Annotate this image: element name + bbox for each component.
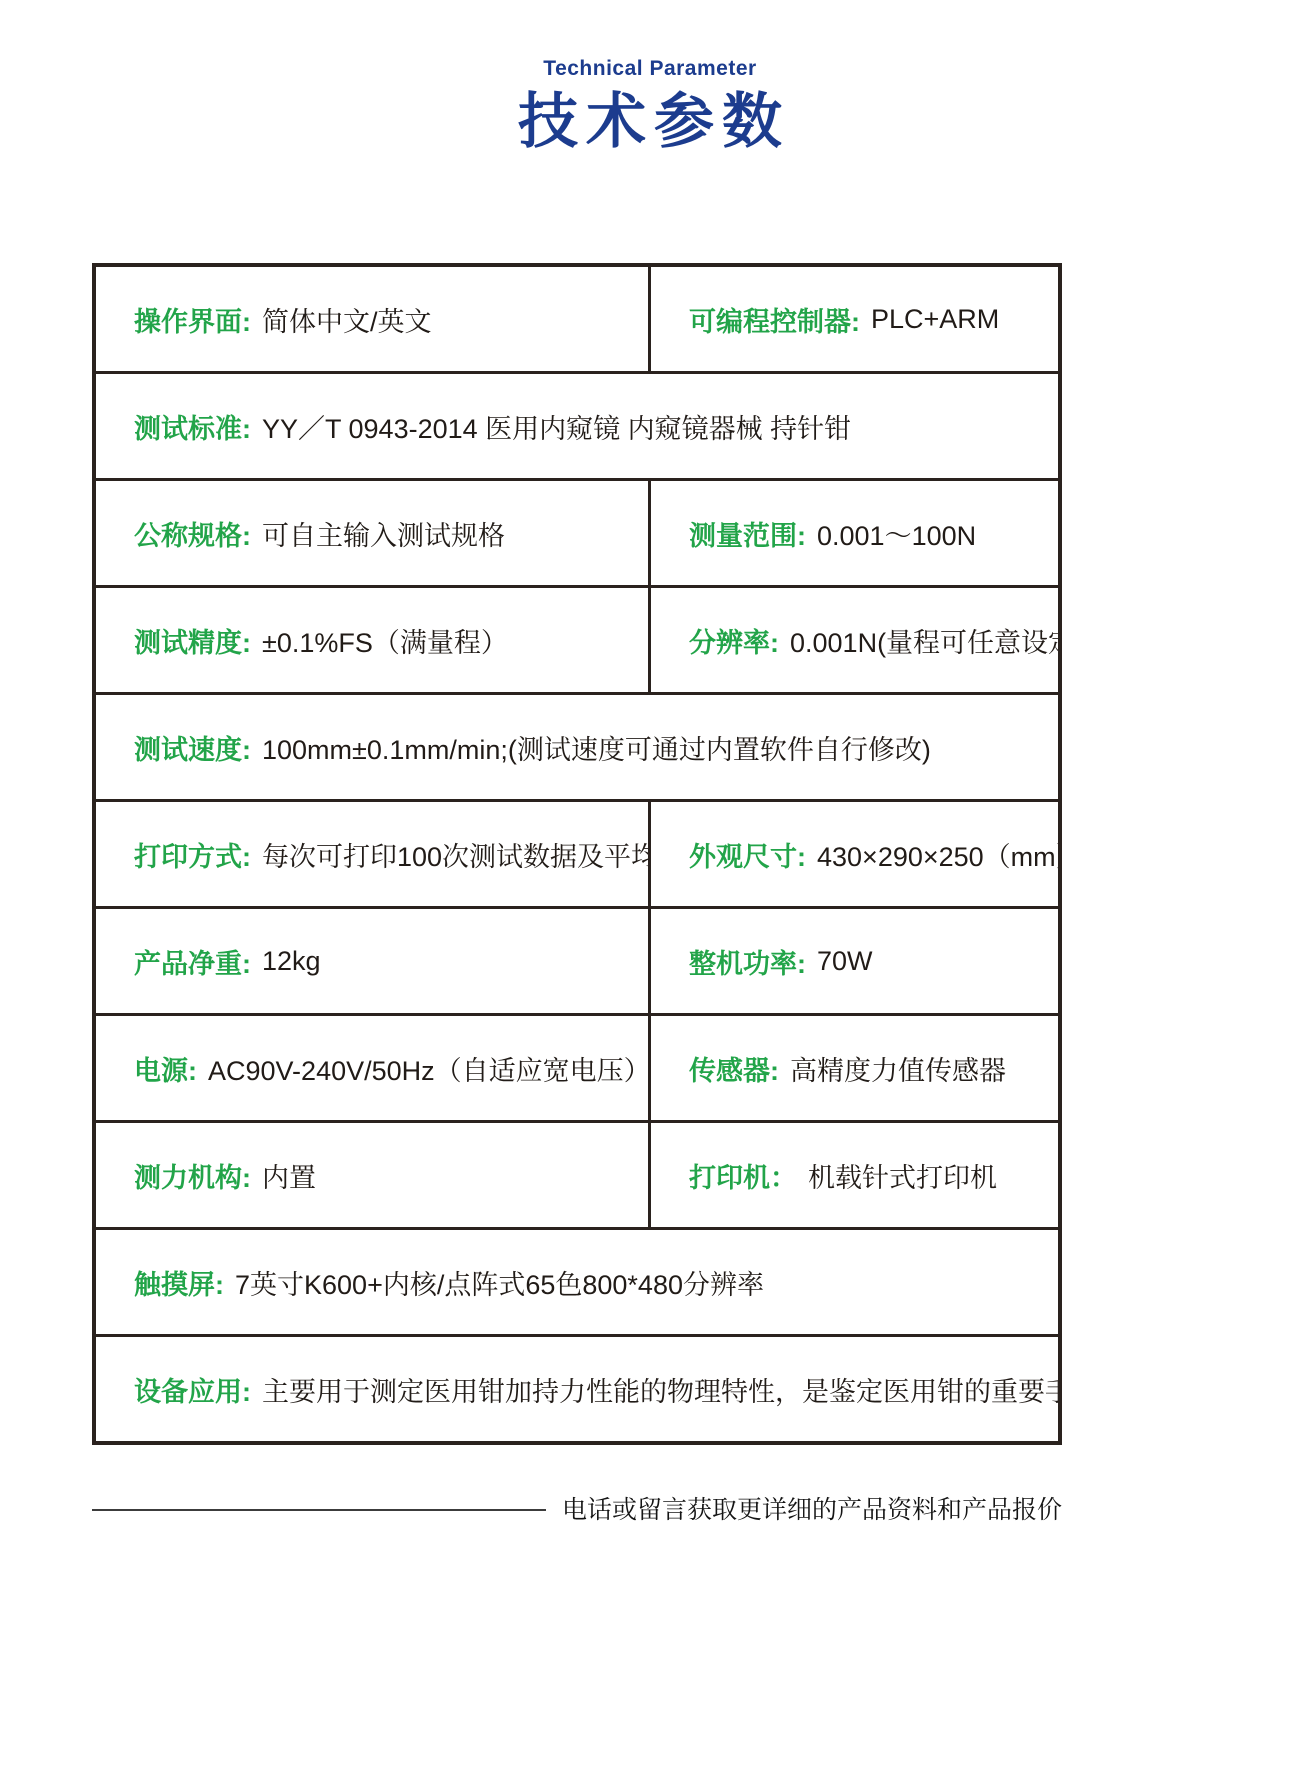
param-value: 0.001～100N <box>817 514 976 553</box>
param-label: 触摸屏: <box>134 1263 224 1302</box>
param-label: 公称规格: <box>134 514 251 553</box>
table-row: 测试速度:100mm±0.1mm/min;(测试速度可通过内置软件自行修改) <box>96 692 1058 799</box>
param-label: 设备应用: <box>134 1370 251 1409</box>
table-cell: 公称规格:可自主输入测试规格 <box>96 481 651 585</box>
param-value: 12kg <box>262 946 321 977</box>
param-label: 产品净重: <box>134 942 251 981</box>
param-label: 传感器: <box>689 1049 779 1088</box>
param-value: 0.001N(量程可任意设定) <box>790 621 1058 660</box>
table-cell: 产品净重:12kg <box>96 909 651 1013</box>
param-value: 430×290×250（mm） <box>817 835 1058 874</box>
param-label: 外观尺寸: <box>689 835 806 874</box>
page-title: 技术参数 <box>0 89 1300 155</box>
param-value: 7英寸K600+内核/点阵式65色800*480分辨率 <box>235 1263 764 1302</box>
page-header: Technical Parameter 技术参数 <box>0 56 1300 155</box>
param-label: 电源: <box>134 1049 197 1088</box>
param-value: ±0.1%FS（满量程） <box>262 621 508 660</box>
table-cell: 测量范围:0.001～100N <box>651 481 1058 585</box>
contact-note: 电话或留言获取更详细的产品资料和产品报价 <box>562 1494 1062 1527</box>
table-cell: 电源:AC90V-240V/50Hz（自适应宽电压） <box>96 1016 651 1120</box>
param-value: 高精度力值传感器 <box>790 1049 1006 1088</box>
table-row: 测试精度:±0.1%FS（满量程）分辨率:0.001N(量程可任意设定) <box>96 585 1058 692</box>
param-value: 主要用于测定医用钳加持力性能的物理特性，是鉴定医用钳的重要手段之一。 <box>262 1370 1058 1409</box>
table-row: 测试标准:YY／T 0943-2014 医用内窥镜 内窥镜器械 持针钳 <box>96 371 1058 478</box>
param-label: 可编程控制器: <box>689 300 860 339</box>
param-value: 70W <box>817 946 873 977</box>
param-label: 测试速度: <box>134 728 251 767</box>
table-cell: 可编程控制器:PLC+ARM <box>651 267 1058 371</box>
table-row: 测力机构:内置打印机：机载针式打印机 <box>96 1120 1058 1227</box>
parameters-table: 操作界面:简体中文/英文可编程控制器:PLC+ARM测试标准:YY／T 0943… <box>92 263 1062 1445</box>
table-cell: 设备应用:主要用于测定医用钳加持力性能的物理特性，是鉴定医用钳的重要手段之一。 <box>96 1337 1058 1441</box>
table-row: 打印方式:每次可打印100次测试数据及平均值。外观尺寸:430×290×250（… <box>96 799 1058 906</box>
table-row: 电源:AC90V-240V/50Hz（自适应宽电压）传感器:高精度力值传感器 <box>96 1013 1058 1120</box>
table-cell: 测试精度:±0.1%FS（满量程） <box>96 588 651 692</box>
divider-line <box>92 1509 546 1511</box>
param-label: 打印机： <box>689 1156 797 1195</box>
table-cell: 分辨率:0.001N(量程可任意设定) <box>651 588 1058 692</box>
page-footer: 电话或留言获取更详细的产品资料和产品报价 <box>92 1494 1062 1527</box>
param-label: 测量范围: <box>689 514 806 553</box>
table-cell: 测试标准:YY／T 0943-2014 医用内窥镜 内窥镜器械 持针钳 <box>96 374 1058 478</box>
spec-sheet-page: Technical Parameter 技术参数 操作界面:简体中文/英文可编程… <box>0 0 1300 1790</box>
table-row: 操作界面:简体中文/英文可编程控制器:PLC+ARM <box>96 267 1058 371</box>
param-value: AC90V-240V/50Hz（自适应宽电压） <box>208 1049 651 1088</box>
param-label: 分辨率: <box>689 621 779 660</box>
param-value: 可自主输入测试规格 <box>262 514 505 553</box>
table-cell: 测力机构:内置 <box>96 1123 651 1227</box>
table-cell: 操作界面:简体中文/英文 <box>96 267 651 371</box>
param-value: 每次可打印100次测试数据及平均值。 <box>262 835 651 874</box>
param-label: 测力机构: <box>134 1156 251 1195</box>
table-cell: 测试速度:100mm±0.1mm/min;(测试速度可通过内置软件自行修改) <box>96 695 1058 799</box>
param-value: 100mm±0.1mm/min;(测试速度可通过内置软件自行修改) <box>262 728 931 767</box>
param-value: PLC+ARM <box>871 304 999 335</box>
table-row: 触摸屏:7英寸K600+内核/点阵式65色800*480分辨率 <box>96 1227 1058 1334</box>
param-value: 内置 <box>262 1156 316 1195</box>
param-label: 打印方式: <box>134 835 251 874</box>
table-cell: 触摸屏:7英寸K600+内核/点阵式65色800*480分辨率 <box>96 1230 1058 1334</box>
table-cell: 打印机：机载针式打印机 <box>651 1123 1058 1227</box>
param-label: 测试标准: <box>134 407 251 446</box>
param-label: 测试精度: <box>134 621 251 660</box>
table-cell: 外观尺寸:430×290×250（mm） <box>651 802 1058 906</box>
param-value: 机载针式打印机 <box>808 1156 997 1195</box>
param-value: 简体中文/英文 <box>262 300 432 339</box>
param-label: 操作界面: <box>134 300 251 339</box>
page-subtitle-en: Technical Parameter <box>0 56 1300 81</box>
table-cell: 传感器:高精度力值传感器 <box>651 1016 1058 1120</box>
table-cell: 打印方式:每次可打印100次测试数据及平均值。 <box>96 802 651 906</box>
table-cell: 整机功率:70W <box>651 909 1058 1013</box>
table-row: 公称规格:可自主输入测试规格测量范围:0.001～100N <box>96 478 1058 585</box>
table-row: 设备应用:主要用于测定医用钳加持力性能的物理特性，是鉴定医用钳的重要手段之一。 <box>96 1334 1058 1441</box>
param-value: YY／T 0943-2014 医用内窥镜 内窥镜器械 持针钳 <box>262 407 851 446</box>
table-row: 产品净重:12kg整机功率:70W <box>96 906 1058 1013</box>
param-label: 整机功率: <box>689 942 806 981</box>
